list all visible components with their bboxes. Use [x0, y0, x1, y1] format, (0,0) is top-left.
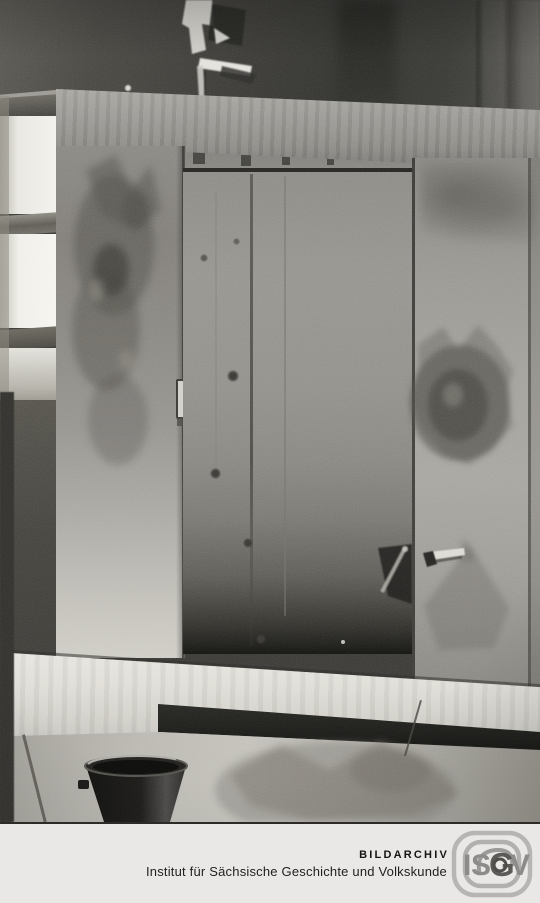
archive-photo-page: BILDARCHIV Institut für Sächsische Gesch…: [0, 0, 540, 903]
archive-label: BILDARCHIV: [146, 849, 449, 861]
institute-name: Institut für Sächsische Geschichte und V…: [146, 864, 447, 879]
film-grain-overlay: [0, 0, 540, 822]
logo-letter-v: V: [510, 849, 530, 882]
photograph: [0, 0, 540, 824]
isgv-logo: I S G V: [450, 828, 534, 900]
archive-footer: BILDARCHIV Institut für Sächsische Gesch…: [0, 824, 540, 903]
logo-letter-s: S: [471, 849, 491, 882]
footer-text-block: BILDARCHIV Institut für Sächsische Gesch…: [146, 849, 447, 879]
